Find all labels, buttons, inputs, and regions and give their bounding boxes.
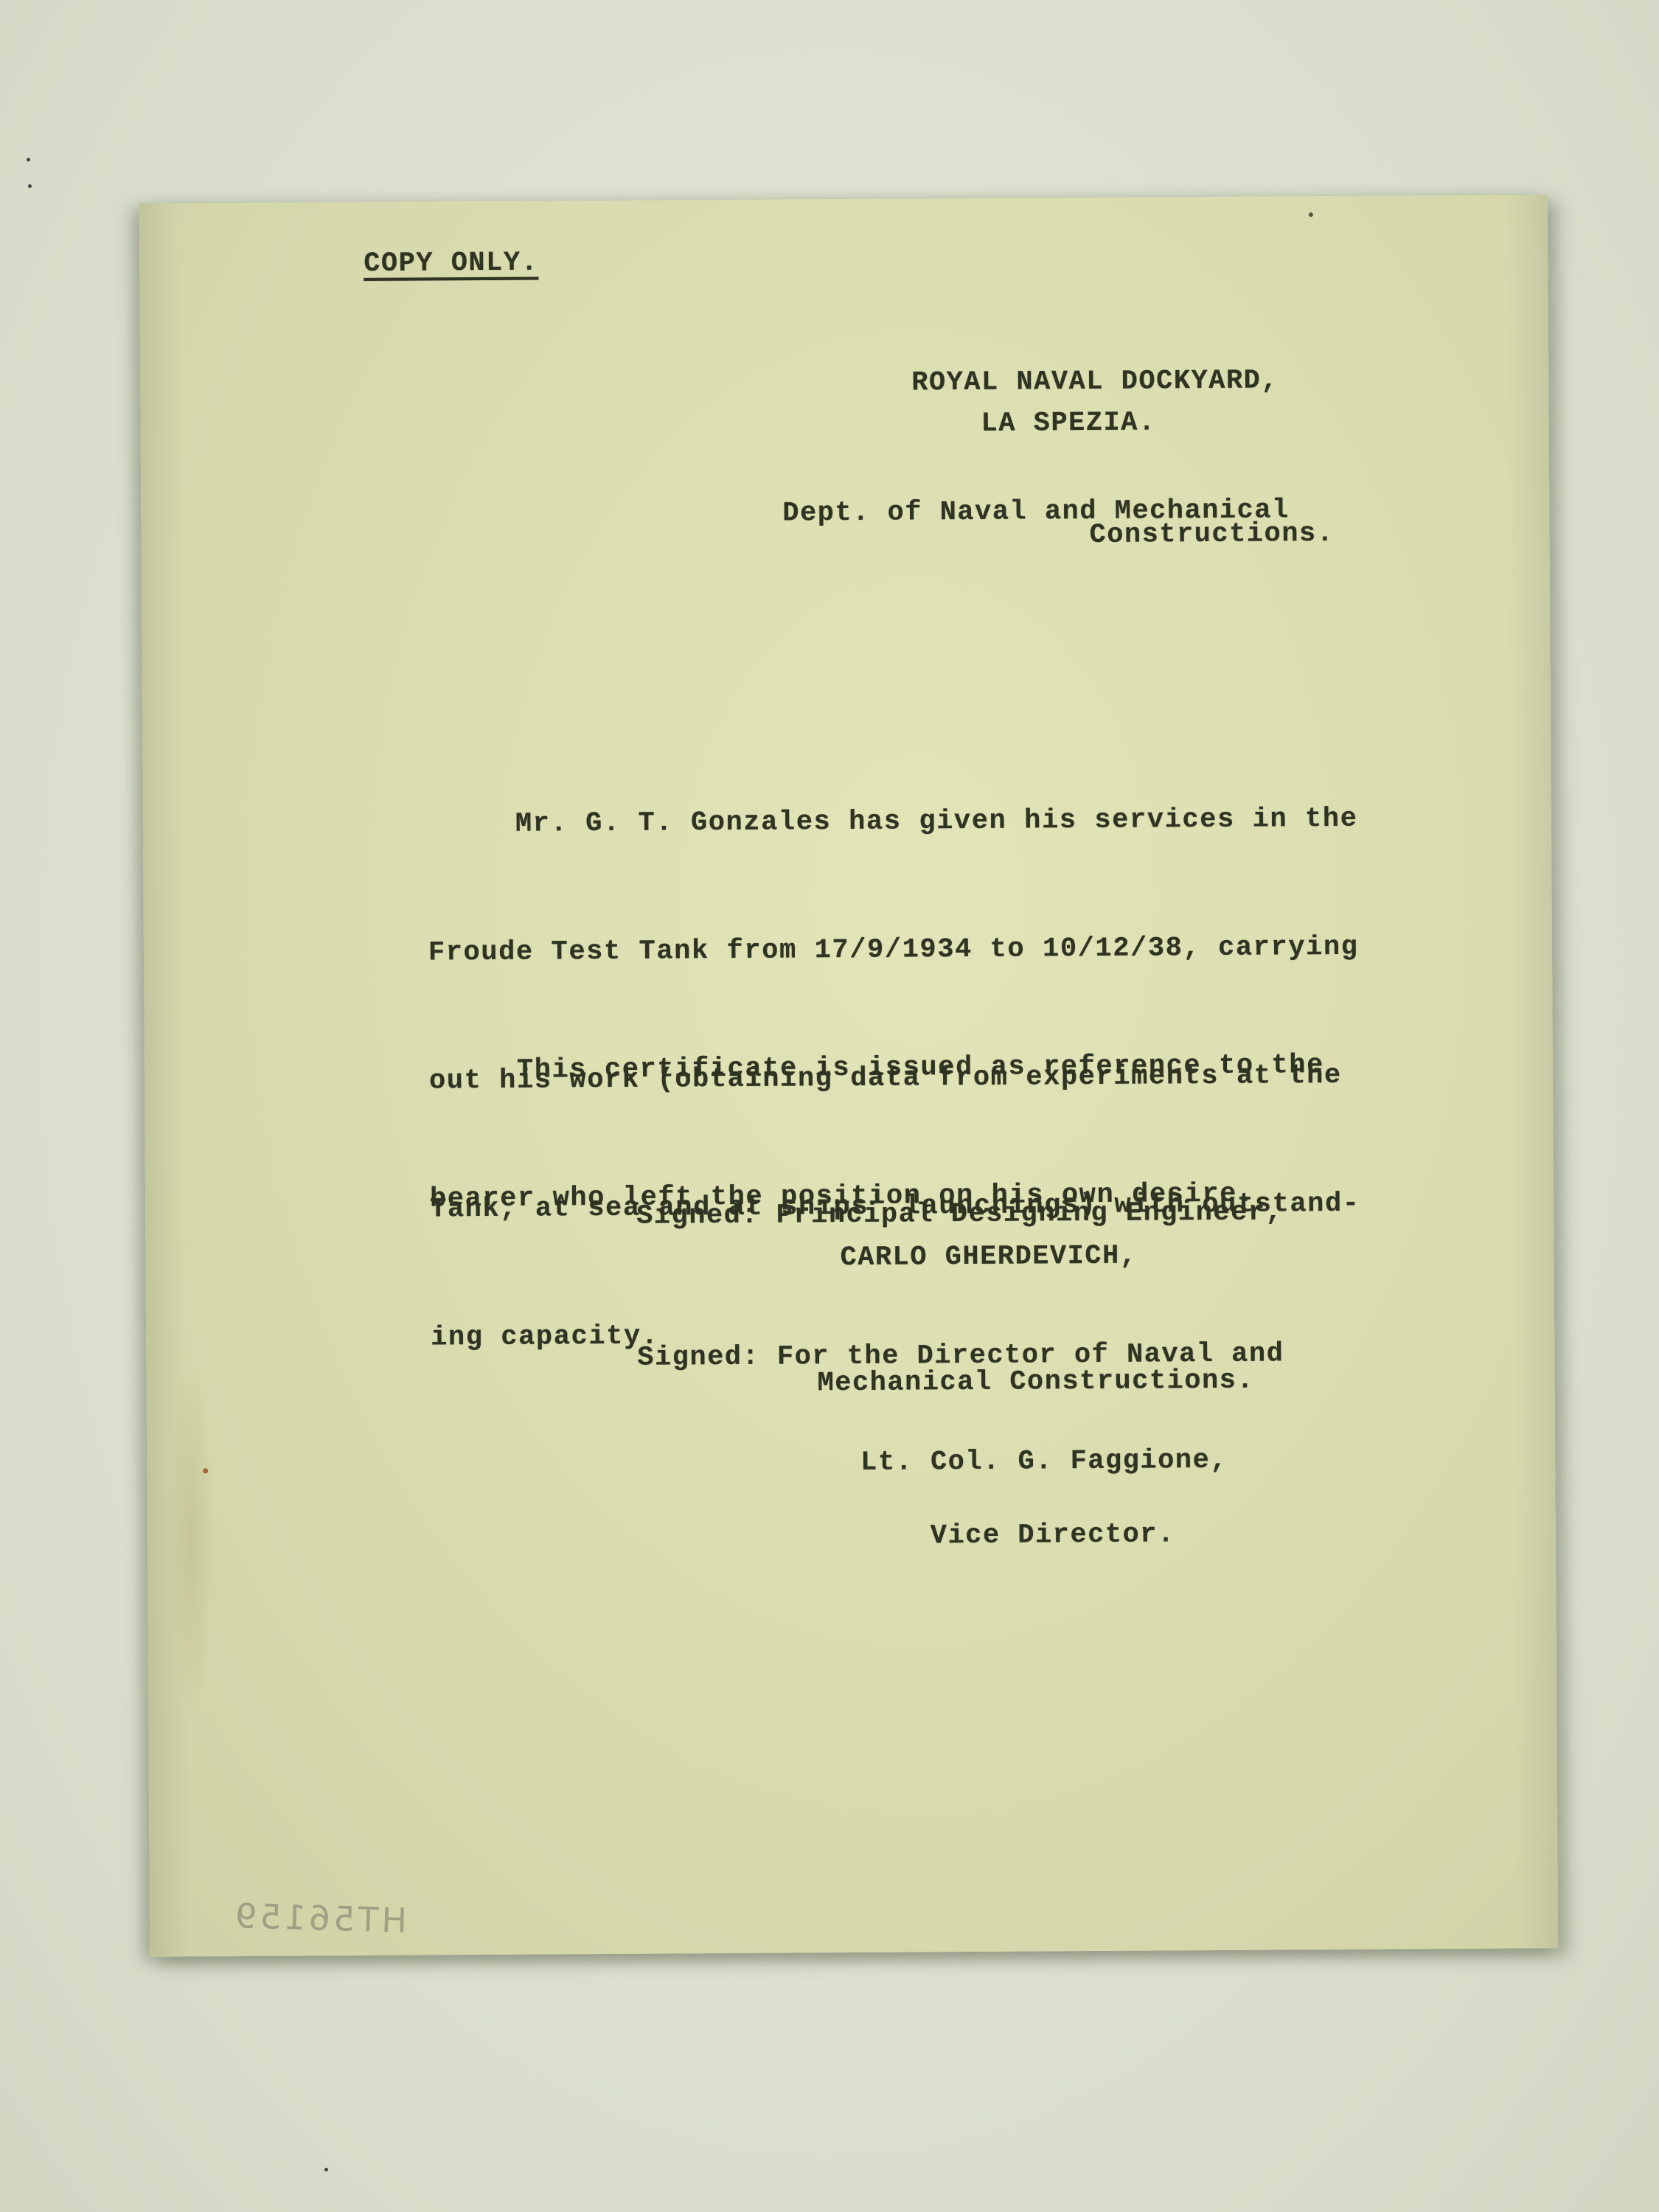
pencil-reference-mark: HT56159 bbox=[232, 1896, 407, 1941]
body-line: This certificate is issued as reference … bbox=[429, 1044, 1324, 1092]
signature-2-dept: Mechanical Constructions. bbox=[817, 1368, 1254, 1398]
body-line: Mr. G. T. Gonzales has given his service… bbox=[428, 798, 1358, 846]
paper-stain bbox=[168, 1353, 215, 1722]
background-speck bbox=[28, 184, 32, 188]
signature-1-name: CARLO GHERDEVICH, bbox=[840, 1243, 1137, 1272]
ink-speck bbox=[1309, 212, 1313, 217]
rust-spot bbox=[203, 1468, 208, 1473]
signatory-name: Lt. Col. G. Faggione, bbox=[860, 1447, 1228, 1477]
document-page: COPY ONLY. ROYAL NAVAL DOCKYARD, LA SPEZ… bbox=[139, 195, 1558, 1957]
signatory-title: Vice Director. bbox=[931, 1521, 1175, 1550]
letterhead-line-1: ROYAL NAVAL DOCKYARD, bbox=[911, 367, 1279, 397]
background-speck bbox=[324, 2168, 328, 2171]
letterhead-line-2: LA SPEZIA. bbox=[981, 409, 1155, 437]
signature-1-role: Signed: Principal Designing Engineer, bbox=[636, 1199, 1283, 1230]
copy-only-stamp: COPY ONLY. bbox=[364, 250, 538, 278]
department-line-2: Constructions. bbox=[1089, 521, 1334, 549]
background-speck bbox=[27, 158, 30, 161]
